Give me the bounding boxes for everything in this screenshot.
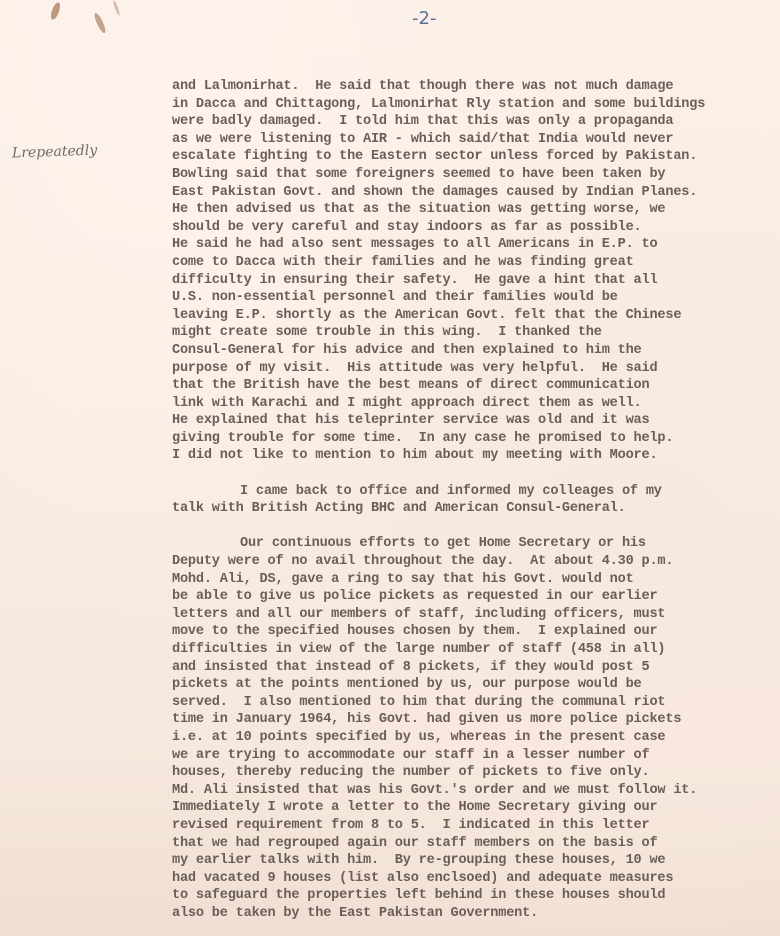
text-line: Immediately I wrote a letter to the Home… (172, 799, 772, 817)
text-line: be able to give us police pickets as req… (172, 588, 772, 606)
text-line: also be taken by the East Pakistan Gover… (172, 905, 772, 923)
paragraph: Our continuous efforts to get Home Secre… (172, 535, 772, 922)
text-line: and insisted that instead of 8 pickets, … (172, 659, 772, 677)
text-line: Mohd. Ali, DS, gave a ring to say that h… (172, 571, 772, 589)
text-line: to safeguard the properties left behind … (172, 887, 772, 905)
text-line: letters and all our members of staff, in… (172, 606, 772, 624)
page-number: -2- (412, 8, 436, 29)
text-line: that we had regrouped again our staff me… (172, 835, 772, 853)
text-line: giving trouble for some time. In any cas… (172, 430, 772, 448)
text-line: U.S. non-essential personnel and their f… (172, 289, 772, 307)
text-line: leaving E.P. shortly as the American Gov… (172, 307, 772, 325)
text-line: He then advised us that as the situation… (172, 201, 772, 219)
paragraph-gap (172, 465, 772, 483)
text-line: difficulties in view of the large number… (172, 641, 772, 659)
paragraph-gap (172, 518, 772, 536)
text-line: revised requirement from 8 to 5. I indic… (172, 817, 772, 835)
text-line: escalate fighting to the Eastern sector … (172, 148, 772, 166)
text-line: my earlier talks with him. By re-groupin… (172, 852, 772, 870)
text-line: move to the specified houses chosen by t… (172, 623, 772, 641)
text-line: i.e. at 10 points specified by us, where… (172, 729, 772, 747)
handwritten-margin-note: Lrepeatedly (12, 143, 98, 162)
text-line: Consul-General for his advice and then e… (172, 342, 772, 360)
text-line: had vacated 9 houses (list also enclsoed… (172, 870, 772, 888)
text-line: come to Dacca with their families and he… (172, 254, 772, 272)
text-line: He explained that his teleprinter servic… (172, 412, 772, 430)
text-line: we are trying to accommodate our staff i… (172, 747, 772, 765)
text-line: time in January 1964, his Govt. had give… (172, 711, 772, 729)
text-line: as we were listening to AIR - which said… (172, 131, 772, 149)
text-line: Deputy were of no avail throughout the d… (172, 553, 772, 571)
text-line: Bowling said that some foreigners seemed… (172, 166, 772, 184)
text-line: East Pakistan Govt. and shown the damage… (172, 184, 772, 202)
document-body: and Lalmonirhat. He said that though the… (172, 78, 772, 923)
text-line: and Lalmonirhat. He said that though the… (172, 78, 772, 96)
paragraph: and Lalmonirhat. He said that though the… (172, 78, 772, 465)
text-line: I came back to office and informed my co… (172, 483, 772, 501)
text-line: houses, thereby reducing the number of p… (172, 764, 772, 782)
text-line: link with Karachi and I might approach d… (172, 395, 772, 413)
text-line: talk with British Acting BHC and America… (172, 500, 772, 518)
text-line: Md. Ali insisted that was his Govt.'s or… (172, 782, 772, 800)
text-line: that the British have the best means of … (172, 377, 772, 395)
text-line: pickets at the points mentioned by us, o… (172, 676, 772, 694)
text-line: served. I also mentioned to him that dur… (172, 694, 772, 712)
text-line: He said he had also sent messages to all… (172, 236, 772, 254)
text-line: might create some trouble in this wing. … (172, 324, 772, 342)
text-line: in Dacca and Chittagong, Lalmonirhat Rly… (172, 96, 772, 114)
text-line: should be very careful and stay indoors … (172, 219, 772, 237)
text-line: purpose of my visit. His attitude was ve… (172, 360, 772, 378)
text-line: difficulty in ensuring their safety. He … (172, 272, 772, 290)
text-line: I did not like to mention to him about m… (172, 447, 772, 465)
text-line: were badly damaged. I told him that this… (172, 113, 772, 131)
paragraph: I came back to office and informed my co… (172, 483, 772, 518)
text-line: Our continuous efforts to get Home Secre… (172, 535, 772, 553)
